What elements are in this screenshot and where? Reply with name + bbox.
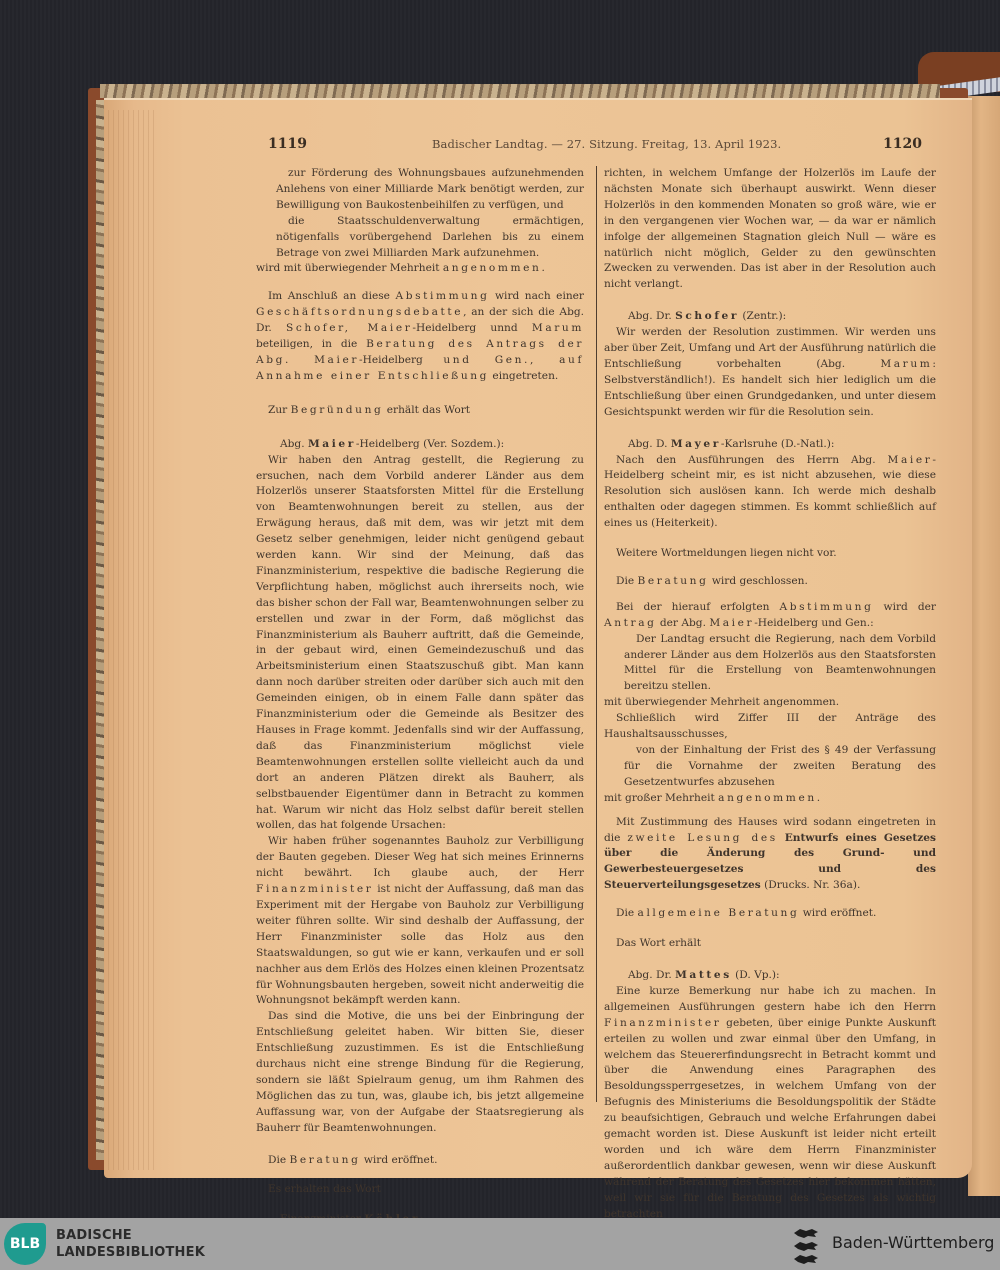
blb-logo[interactable]: BLB <box>4 1223 46 1265</box>
text: gebeten, über einige Punkte Auskunft ert… <box>604 1017 936 1220</box>
paragraph: die Staatsschuldenverwaltung ermächtigen… <box>256 214 584 262</box>
speaker-heading: Abg. Dr. Mattes (D. Vp.): <box>604 968 936 984</box>
motion-text: von der Einhaltung der Frist des § 49 de… <box>604 743 936 791</box>
vote-result: wird mit überwiegender Mehrheit angenomm… <box>256 261 584 277</box>
speaker-heading: Abg. Maier-Heidelberg (Ver. Sozdem.): <box>256 437 584 453</box>
text: (Zentr.): <box>739 310 786 322</box>
speaker-name: Mayer <box>671 438 721 450</box>
speech-paragraph: Das sind die Motive, die uns bei der Ein… <box>256 1009 584 1136</box>
text: . <box>541 262 544 274</box>
speaker-name: Maier <box>308 438 356 450</box>
text: -Heidelberg und Gen.: <box>754 617 873 629</box>
paragraph: Das Wort erhält <box>604 936 936 952</box>
baden-wuerttemberg-label[interactable]: Baden-Württemberg <box>832 1233 994 1252</box>
text: Die <box>616 907 638 919</box>
paragraph: Schließlich wird Ziffer III der Anträge … <box>604 711 936 743</box>
text: beteiligen, in die <box>256 338 366 350</box>
paragraph: Die Beratung wird eröffnet. <box>256 1153 584 1169</box>
speech-paragraph: richten, in welchem Umfange der Holzerlö… <box>604 166 936 293</box>
text: eingetreten. <box>489 370 558 382</box>
text: Abg. Dr. <box>628 969 675 981</box>
emphasis: Schofer, Maier <box>286 322 412 334</box>
emphasis: Maier <box>888 454 933 466</box>
emphasis: Abstimmung <box>395 290 489 302</box>
running-title: Badischer Landtag. — 27. Sitzung. Freita… <box>432 137 781 151</box>
text: Abg. D. <box>628 438 671 450</box>
text: wird eröffnet. <box>799 907 876 919</box>
right-column: richten, in welchem Umfange der Holzerlö… <box>604 166 936 1222</box>
text: -Heidelberg (Ver. Sozdem.): <box>356 438 504 450</box>
page-number-left: 1119 <box>268 136 307 152</box>
speech-paragraph: Wir werden der Resolution zustimmen. Wir… <box>604 325 936 420</box>
text: Zur <box>268 404 291 416</box>
paragraph: zur Förderung des Wohnungsbaues aufzuneh… <box>256 166 584 214</box>
emphasis: Geschäftsordnungsdebatte <box>256 306 463 318</box>
emphasis: Abstimmung <box>779 601 873 613</box>
speaker-heading: Abg. D. Mayer-Karlsruhe (D.-Natl.): <box>604 437 936 453</box>
blb-name-line1: BADISCHE <box>56 1227 205 1244</box>
paragraph: Zur Begründung erhält das Wort <box>256 403 584 419</box>
blb-name-line2: LANDESBIBLIOTHEK <box>56 1244 205 1261</box>
emphasis: angenommen <box>443 262 542 274</box>
paragraph: Bei der hierauf erfolgten Abstimmung wir… <box>604 600 936 632</box>
emphasis: Finanzminister <box>256 883 373 895</box>
text: Abg. <box>280 438 308 450</box>
text: wird mit überwiegender Mehrheit <box>256 262 443 274</box>
text: Abg. Dr. <box>628 310 675 322</box>
emphasis: Beratung <box>290 1154 361 1166</box>
paragraph: Die allgemeine Beratung wird eröffnet. <box>604 906 936 922</box>
text: Die <box>616 575 638 587</box>
facing-page-edge <box>968 96 1000 1196</box>
paragraph: Mit Zustimmung des Hauses wird sodann ei… <box>604 815 936 895</box>
text: Im Anschluß an diese <box>268 290 395 302</box>
blb-name[interactable]: BADISCHE LANDESBIBLIOTHEK <box>56 1227 205 1261</box>
footer-bar: BLB BADISCHE LANDESBIBLIOTHEK Baden-Würt… <box>0 1218 1000 1270</box>
emphasis: Beratung <box>638 575 709 587</box>
marbled-edge-top <box>100 84 940 98</box>
emphasis: allgemeine Beratung <box>638 907 800 919</box>
text: -Heidelberg <box>359 354 443 366</box>
speech-paragraph: Wir haben den Antrag gestellt, die Regie… <box>256 453 584 835</box>
text: wird geschlossen. <box>708 575 807 587</box>
emphasis: Marum <box>880 358 932 370</box>
baden-wuerttemberg-lions-icon <box>790 1225 822 1265</box>
column-divider <box>596 166 597 1102</box>
text <box>778 832 785 844</box>
text: Eine kurze Bemerkung nur habe ich zu mac… <box>604 985 936 1013</box>
paragraph: Im Anschluß an diese Abstimmung wird nac… <box>256 289 584 384</box>
speech-paragraph: Wir haben früher sogenanntes Bauholz zur… <box>256 834 584 1009</box>
text: Wir haben früher sogenanntes Bauholz zur… <box>256 835 584 879</box>
emphasis: Begründung <box>291 404 384 416</box>
text: -Heidelberg unnd <box>412 322 532 334</box>
text: (D. Vp.): <box>732 969 780 981</box>
speech-paragraph: Eine kurze Bemerkung nur habe ich zu mac… <box>604 984 936 1223</box>
emphasis: Marum <box>532 322 584 334</box>
running-header: 1119 Badischer Landtag. — 27. Sitzung. F… <box>268 136 922 154</box>
text: wird der <box>874 601 937 613</box>
paragraph: Es erhalten das Wort <box>256 1182 584 1198</box>
paragraph: Weitere Wortmeldungen liegen nicht vor. <box>604 546 936 562</box>
emphasis: angenommen <box>718 792 817 804</box>
motion-text: Der Landtag ersucht die Regierung, nach … <box>604 632 936 696</box>
vote-result: mit überwiegender Mehrheit angenommen. <box>604 695 936 711</box>
text: . <box>817 792 820 804</box>
text: Bei der hierauf erfolgten <box>616 601 779 613</box>
page-stack-edges <box>108 110 154 1170</box>
speech-paragraph: Nach den Ausführungen des Herrn Abg. Mai… <box>604 453 936 533</box>
paragraph: Die Beratung wird geschlossen. <box>604 574 936 590</box>
text: erhält das Wort <box>383 404 470 416</box>
text: -Karlsruhe (D.-Natl.): <box>721 438 835 450</box>
text: ist nicht der Auffassung, daß man das Ex… <box>256 883 584 1006</box>
text: Die <box>268 1154 290 1166</box>
emphasis: Antrag <box>604 617 657 629</box>
text: wird eröffnet. <box>360 1154 437 1166</box>
text: Nach den Ausführungen des Herrn Abg. <box>616 454 888 466</box>
text: wird nach einer <box>490 290 585 302</box>
speaker-name: Schofer <box>675 310 739 322</box>
emphasis: zweite Lesung des <box>627 832 777 844</box>
speaker-name: Mattes <box>675 969 732 981</box>
emphasis: Finanzminister <box>604 1017 721 1029</box>
text: (Drucks. Nr. 36a). <box>761 879 861 891</box>
left-column: zur Förderung des Wohnungsbaues aufzuneh… <box>256 166 584 1270</box>
text: der Abg. <box>657 617 710 629</box>
vote-result: mit großer Mehrheit angenommen. <box>604 791 936 807</box>
text: mit großer Mehrheit <box>604 792 718 804</box>
speaker-heading: Abg. Dr. Schofer (Zentr.): <box>604 309 936 325</box>
page-number-right: 1120 <box>883 136 922 152</box>
emphasis: Maier <box>709 617 754 629</box>
